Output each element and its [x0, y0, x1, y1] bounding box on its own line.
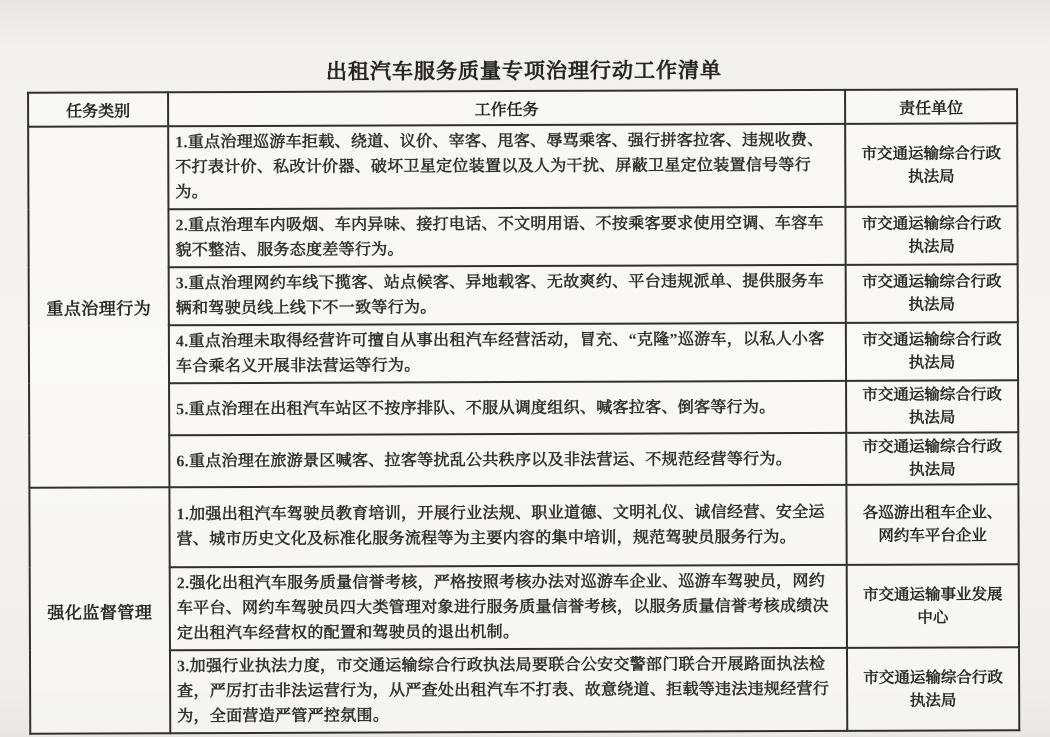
unit-cell: 市交通运输综合行政执法局: [846, 264, 1018, 323]
task-cell: 2.重点治理车内吸烟、车内异味、接打电话、不文明用语、不按乘客要求使用空调、车容…: [168, 207, 845, 267]
task-cell: 4.重点治理未取得经营许可擅自从事出租汽车经营活动，冒充、“克隆”巡游车，以私人…: [169, 323, 846, 383]
task-cell: 3.重点治理网约车线下揽客、站点候客、异地载客、无故爽约、平台违规派单、提供服务…: [169, 265, 846, 325]
category-cell-key-governance: 重点治理行为: [28, 126, 169, 487]
task-cell: 3.加强行业执法力度，市交通运输综合行政执法局要联合公安交警部门联合开展路面执法…: [170, 648, 847, 733]
table-row: 2.强化出租汽车服务质量信誉考核，严格按照考核办法对巡游车企业、巡游车驾驶员，网…: [30, 564, 1019, 650]
table-row: 6.重点治理在旅游景区喊客、拉客等扰乱公共秩序以及非法营运、不规范经营等行为。 …: [29, 432, 1018, 487]
unit-cell: 市交通运输综合行政执法局: [845, 123, 1017, 207]
work-list-table: 任务类别 工作任务 责任单位 重点治理行为 1.重点治理巡游车拒载、绕道、议价、…: [27, 88, 1020, 734]
table-row: 3.加强行业执法力度，市交通运输综合行政执法局要联合公安交警部门联合开展路面执法…: [30, 647, 1019, 733]
table-row: 4.重点治理未取得经营许可擅自从事出租汽车经营活动，冒充、“克隆”巡游车，以私人…: [29, 322, 1018, 383]
table-row: 5.重点治理在出租汽车站区不按序排队、不服从调度组织、喊客拉客、倒客等行为。 市…: [29, 380, 1018, 435]
table-header-row: 任务类别 工作任务 责任单位: [28, 89, 1017, 126]
task-cell: 6.重点治理在旅游景区喊客、拉客等扰乱公共秩序以及非法营运、不规范经营等行为。: [169, 433, 846, 487]
header-responsible-unit: 责任单位: [845, 89, 1017, 124]
task-cell: 1.加强出租汽车驾驶员教育培训，开展行业法规、职业道德、文明礼仪、诚信经营、安全…: [169, 485, 846, 567]
unit-cell: 市交通运输综合行政执法局: [845, 206, 1017, 265]
task-cell: 5.重点治理在出租汽车站区不按序排队、不服从调度组织、喊客拉客、倒客等行为。: [169, 381, 846, 435]
header-task-category: 任务类别: [28, 92, 168, 126]
table-row: 重点治理行为 1.重点治理巡游车拒载、绕道、议价、宰客、甩客、辱骂乘客、强行拼客…: [28, 123, 1017, 209]
table-row: 强化监督管理 1.加强出租汽车驾驶员教育培训，开展行业法规、职业道德、文明礼仪、…: [29, 484, 1018, 567]
document-title: 出租汽车服务质量专项治理行动工作清单: [0, 53, 1049, 87]
unit-cell: 各巡游出租车企业、网约车平台企业: [846, 484, 1018, 565]
table-row: 2.重点治理车内吸烟、车内异味、接打电话、不文明用语、不按乘客要求使用空调、车容…: [28, 206, 1017, 267]
category-cell-supervision: 强化监督管理: [29, 487, 170, 733]
task-cell: 2.强化出租汽车服务质量信誉考核，严格按照考核办法对巡游车企业、巡游车驾驶员，网…: [170, 565, 847, 650]
unit-cell: 市交通运输综合行政执法局: [847, 647, 1019, 731]
table-row: 3.重点治理网约车线下揽客、站点候客、异地载客、无故爽约、平台违规派单、提供服务…: [29, 264, 1018, 325]
unit-cell: 市交通运输综合行政执法局: [846, 380, 1018, 433]
unit-cell: 市交通运输综合行政执法局: [846, 322, 1018, 381]
document-sheet: 出租汽车服务质量专项治理行动工作清单 任务类别 工作任务 责任单位 重点治理行为…: [0, 0, 1050, 735]
task-cell: 1.重点治理巡游车拒载、绕道、议价、宰客、甩客、辱骂乘客、强行拼客拉客、违规收费…: [168, 124, 845, 209]
unit-cell: 市交通运输综合行政执法局: [846, 432, 1018, 485]
unit-cell: 市交通运输事业发展中心: [847, 564, 1019, 648]
header-work-task: 工作任务: [168, 90, 845, 126]
